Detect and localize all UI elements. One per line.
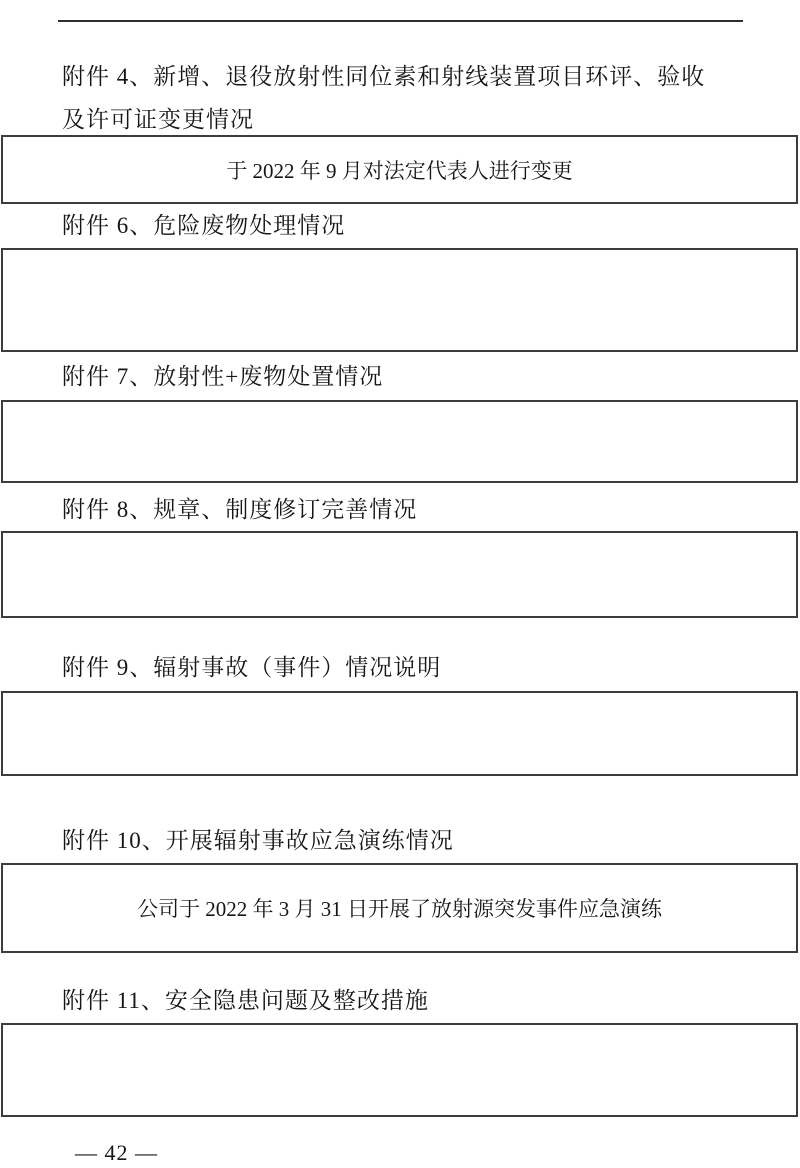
content-box-text: 于 2022 年 9 月对法定代表人进行变更 <box>226 155 573 185</box>
content-box-attachment-6 <box>1 248 798 352</box>
content-box-text: 公司于 2022 年 3 月 31 日开展了放射源突发事件应急演练 <box>137 893 662 923</box>
document-page: 附件 4、新增、退役放射性同位素和射线装置项目环评、验收 及许可证变更情况 于 … <box>0 0 800 1168</box>
header-rule <box>58 20 743 22</box>
content-box-attachment-9 <box>1 691 798 776</box>
section-heading-attachment-9: 附件 9、辐射事故（事件）情况说明 <box>62 653 441 683</box>
content-box-attachment-11 <box>1 1023 798 1117</box>
section-heading-attachment-10: 附件 10、开展辐射事故应急演练情况 <box>62 826 454 856</box>
content-box-attachment-4: 于 2022 年 9 月对法定代表人进行变更 <box>1 135 798 204</box>
page-number: — 42 — <box>75 1140 158 1166</box>
content-box-attachment-8 <box>1 531 798 618</box>
section-heading-attachment-11: 附件 11、安全隐患问题及整改措施 <box>62 986 429 1016</box>
section-heading-attachment-6: 附件 6、危险废物处理情况 <box>62 211 345 241</box>
section-heading-attachment-8: 附件 8、规章、制度修订完善情况 <box>62 495 417 525</box>
content-box-attachment-10: 公司于 2022 年 3 月 31 日开展了放射源突发事件应急演练 <box>1 863 798 953</box>
section-heading-attachment-4: 附件 4、新增、退役放射性同位素和射线装置项目环评、验收 及许可证变更情况 <box>62 55 705 141</box>
section-heading-attachment-7: 附件 7、放射性+废物处置情况 <box>62 362 383 392</box>
content-box-attachment-7 <box>1 400 798 483</box>
section-heading-line1: 附件 4、新增、退役放射性同位素和射线装置项目环评、验收 <box>62 55 705 98</box>
